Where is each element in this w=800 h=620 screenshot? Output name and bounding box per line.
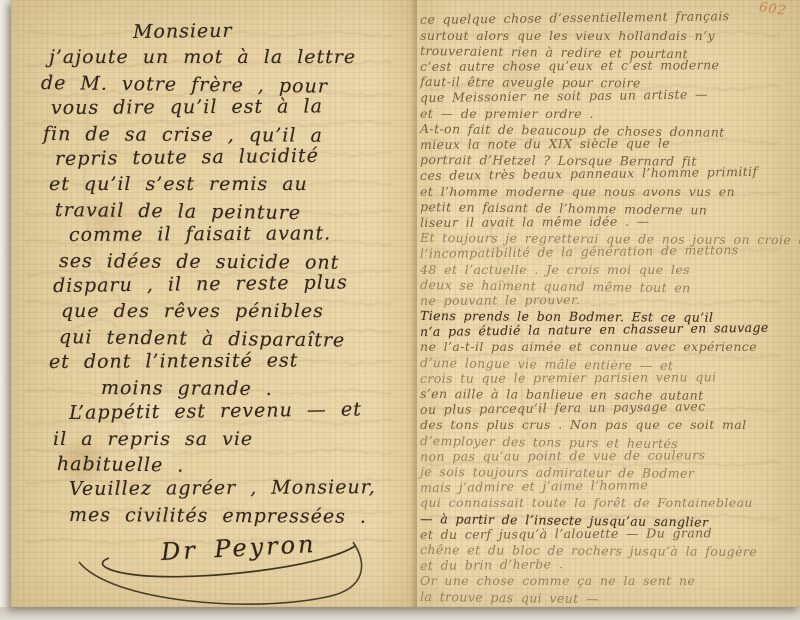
handwritten-line: liseur il avait la même idée . — bbox=[420, 212, 800, 230]
handwritten-line: ne l’a-t-il pas aimée et connue avec exp… bbox=[420, 339, 800, 355]
handwritten-line: comme il faisait avant. bbox=[69, 221, 401, 248]
handwritten-line: L’appétit est revenu — et bbox=[69, 397, 401, 426]
handwritten-line: disparu , il ne reste plus bbox=[53, 270, 401, 300]
handwritten-line: Monsieur bbox=[133, 17, 401, 46]
left-page: Monsieurj’ajoute un mot à la lettrede M.… bbox=[11, 0, 404, 607]
left-page-text: Monsieurj’ajoute un mot à la lettrede M.… bbox=[41, 20, 401, 528]
handwritten-line: l’incompatibilité de la génération de me… bbox=[420, 241, 800, 261]
handwritten-line: surtout alors que les vieux hollandais n… bbox=[420, 28, 800, 44]
handwritten-line: ne pouvant le prouver. bbox=[420, 290, 800, 308]
handwritten-line: que Meissonier ne soit pas un artiste — bbox=[420, 85, 800, 105]
handwritten-line: crois tu que le premier parisien venu qu… bbox=[420, 368, 800, 386]
handwritten-line: mes civilités empressées . bbox=[69, 503, 401, 530]
center-fold-crease bbox=[409, 0, 423, 607]
signature-flourish-icon bbox=[63, 536, 373, 608]
handwritten-line: et qu’il s’est remis au bbox=[49, 172, 401, 197]
handwritten-line: Veuillez agréer , Monsieur, bbox=[69, 475, 401, 502]
handwritten-line: il a repris sa vie bbox=[53, 427, 401, 452]
handwritten-line: et l’homme moderne que nous avons vus en bbox=[420, 184, 800, 200]
handwritten-line: qui connaissait toute la forêt de Fontai… bbox=[420, 495, 800, 511]
handwritten-line: et dont l’intensité est bbox=[49, 348, 401, 376]
handwritten-line: ce quelque chose d’essentiellement franç… bbox=[420, 7, 800, 27]
photo-backdrop-bottom bbox=[0, 607, 800, 620]
handwritten-line: Or une chose comme ça ne la sent ne bbox=[420, 573, 800, 589]
handwritten-line: et du cerf jusqu’à l’alouette — Du grand bbox=[420, 524, 800, 542]
handwritten-line: mieux la note du XIX siècle que le bbox=[420, 134, 800, 152]
handwritten-line: j’ajoute un mot à la lettre bbox=[49, 45, 401, 70]
handwritten-line: c’est autre chose qu’eux et c’est modern… bbox=[420, 56, 800, 74]
right-page: ce quelque chose d’essentiellement franç… bbox=[414, 0, 800, 607]
handwritten-line: ces deux très beaux panneaux l’homme pri… bbox=[420, 163, 800, 183]
handwritten-line: des tons plus crus . Non pas que ce soit… bbox=[420, 417, 800, 433]
letter-sheet: Monsieurj’ajoute un mot à la lettrede M.… bbox=[11, 0, 800, 607]
right-page-text: ce quelque chose d’essentiellement franç… bbox=[420, 12, 800, 605]
handwritten-line: vous dire qu’il est à la bbox=[51, 94, 401, 122]
handwritten-line: repris toute sa lucidité bbox=[55, 143, 401, 173]
handwritten-line: non pas qu’au point de vue de couleurs bbox=[420, 446, 800, 464]
handwritten-line: 48 et l’actuelle . Je crois moi que les bbox=[420, 262, 800, 278]
photo-backdrop-left bbox=[0, 0, 11, 620]
handwritten-line: et — de premier ordre . bbox=[420, 106, 800, 122]
handwritten-line: que des rêves pénibles bbox=[61, 299, 401, 324]
